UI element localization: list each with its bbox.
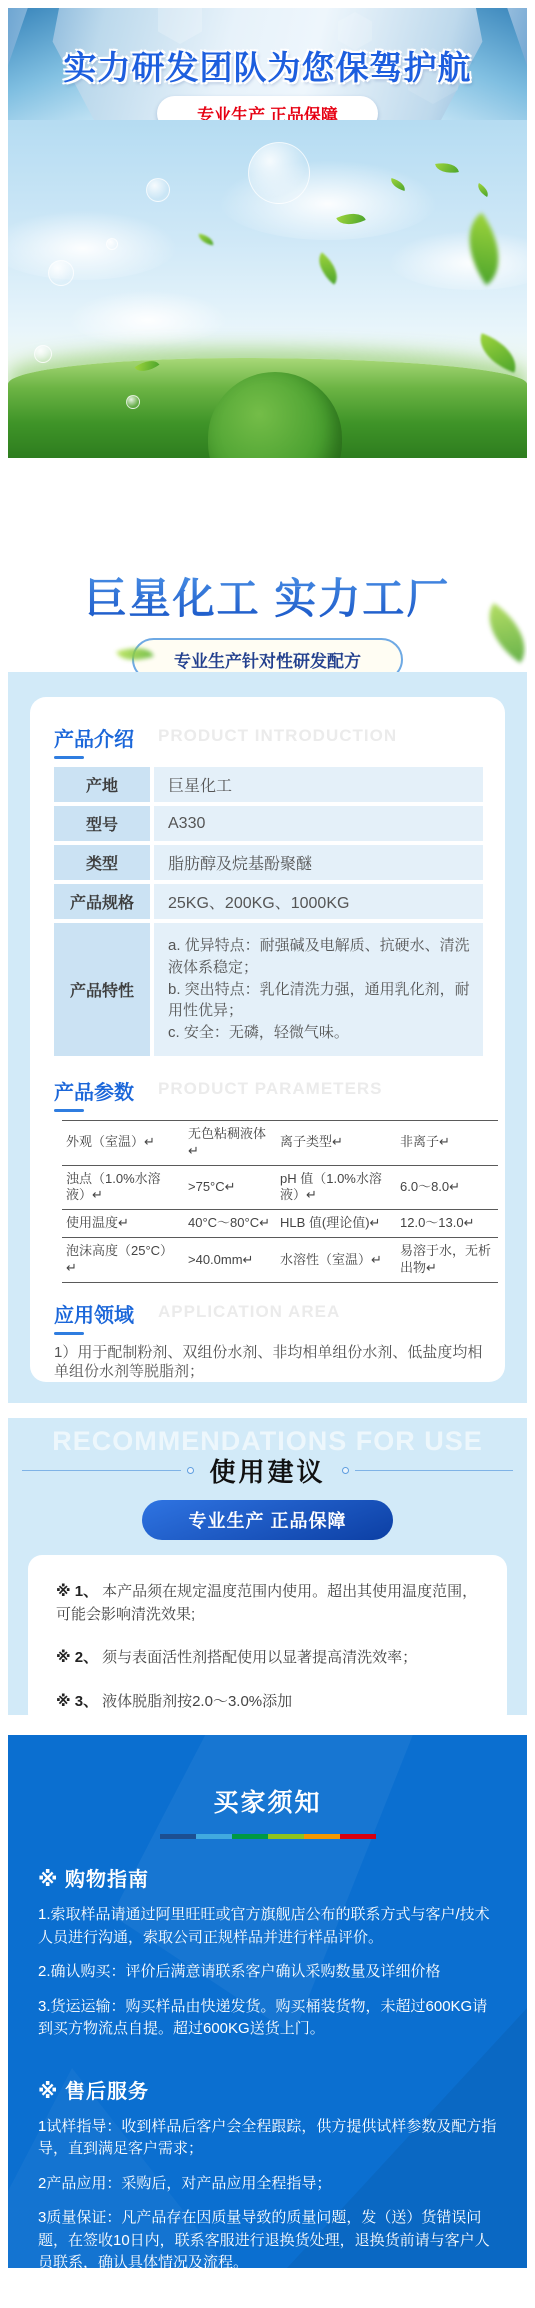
leaf-decor [311,252,345,284]
leaf-decor [435,160,459,176]
section-divider [8,1403,527,1418]
divider-circle [187,1467,194,1474]
params-cell: 40°C～80°C↵ [184,1210,276,1238]
params-cell: 6.0～8.0↵ [396,1165,498,1210]
intro-value: 25KG、200KG、1000KG [154,884,483,919]
params-row: 浊点（1.0%水溶液）↵ >75°C↵ pH 值（1.0%水溶液）↵ 6.0～8… [62,1165,498,1210]
application-heading-watermark: APPLICATION AREA [158,1302,340,1322]
usage-item-marker: ※ 3、 [56,1693,98,1710]
intro-row: 型号 A330 [54,806,483,841]
intro-label: 类型 [54,845,150,880]
intro-row: 产品规格 25KG、200KG、1000KG [54,884,483,919]
factory-badge: 专业生产针对性研发配方 [132,638,403,672]
section-divider [8,1715,527,1735]
intro-label: 产地 [54,767,150,802]
params-cell: >75°C↵ [184,1165,276,1210]
intro-row: 类型 脂肪醇及烷基酚聚醚 [54,845,483,880]
product-info-band: 产品介绍 PRODUCT INTRODUCTION 产地 巨星化工 型号 A33… [8,672,527,1403]
usage-item-marker: ※ 2、 [56,1649,98,1666]
intro-value: A330 [154,806,483,841]
color-bar-segment [160,1834,196,1839]
after-sales-item: 2产品应用：采购后，对产品应用全程指导； [38,2173,497,2196]
params-cell: 水溶性（室温）↵ [276,1238,396,1283]
shopping-guide-item: 3.货运运输：购买样品由快递发货。购买桶装货物，未超过600KG请到买方物流点自… [38,1996,497,2041]
intro-label: 产品规格 [54,884,150,919]
after-sales-item: 3质量保证：凡产品存在因质量导致的质量问题，发（送）货错误问题，在签收10日内，… [38,2207,497,2268]
color-bar-segment [196,1834,232,1839]
params-cell: 外观（室温）↵ [62,1120,184,1165]
params-cell: 易溶于水，无析出物↵ [396,1238,498,1283]
usage-card: ※ 1、本产品须在规定温度范围内使用。超出其使用温度范围，可能会影响清洗效果; … [28,1555,507,1715]
params-heading-watermark: PRODUCT PARAMETERS [158,1079,383,1099]
application-heading-cn: 应用领域 [54,1305,134,1327]
color-bar-segment [268,1834,304,1839]
product-info-card: 产品介绍 PRODUCT INTRODUCTION 产地 巨星化工 型号 A33… [30,697,505,1382]
factory-title: 巨星化工 实力工厂 [85,566,451,626]
intro-heading: 产品介绍 PRODUCT INTRODUCTION [54,723,483,753]
intro-row-features: 产品特性 a. 优异特点：耐强碱及电解质、抗硬水、清洗液体系稳定； b. 突出特… [54,923,483,1056]
params-cell: 浊点（1.0%水溶液）↵ [62,1165,184,1210]
factory-title-section: 巨星化工 实力工厂 专业生产针对性研发配方 [8,458,527,672]
application-heading: 应用领域 APPLICATION AREA [54,1299,483,1329]
application-paragraph: 1）用于配制粉剂、双组份水剂、非均相单组份水剂、低盐度均相单组份水剂等脱脂剂； [54,1343,483,1381]
cloud-decor [388,230,527,290]
intro-heading-cn: 产品介绍 [54,729,134,751]
intro-row: 产地 巨星化工 [54,767,483,802]
bubble-decor [106,238,118,250]
params-cell: pH 值（1.0%水溶液）↵ [276,1165,396,1210]
intro-label: 型号 [54,806,150,841]
bubble-decor [34,345,52,363]
params-row: 使用温度↵ 40°C～80°C↵ HLB 值(理论值)↵ 12.0～13.0↵ [62,1210,498,1238]
intro-value: 脂肪醇及烷基酚聚醚 [154,845,483,880]
params-cell: 无色粘稠液体↵ [184,1120,276,1165]
params-cell: >40.0mm↵ [184,1238,276,1283]
params-row: 外观（室温）↵ 无色粘稠液体↵ 离子类型↵ 非离子↵ [62,1120,498,1165]
footer-space [8,2268,527,2308]
top-banner: 实力研发团队为您保驾护航 专业生产 正品保障 [8,8,527,120]
buyer-title: 买家须知 [38,1783,497,1819]
usage-item: ※ 2、须与表面活性剂搭配使用以显著提高清洗效率； [56,1647,479,1670]
shopping-guide-item: 2.确认购买：评价后满意请联系客户确认采购数量及详细价格 [38,1961,497,1984]
usage-title: 使用建议 [210,1452,326,1489]
params-cell: 离子类型↵ [276,1120,396,1165]
application-text: 1）用于配制粉剂、双组份水剂、非均相单组份水剂、低盐度均相单组份水剂等脱脂剂； … [54,1343,483,1382]
divider-line [22,1470,181,1471]
buyer-notice-section: 买家须知 ※ 购物指南 1.索取样品请通过阿里旺旺或官方旗舰店公布的联系方式与客… [8,1735,527,2268]
params-cell: 非离子↵ [396,1120,498,1165]
after-sales-item: 1试样指导：收到样品后客户会全程跟踪，供方提供试样参数及配方指导，直到满足客户需… [38,2116,497,2161]
usage-title-row: 使用建议 [22,1452,513,1489]
params-cell: 泡沫高度（25°C）↵ [62,1238,184,1283]
color-bar [160,1834,376,1839]
params-row: 泡沫高度（25°C）↵ >40.0mm↵ 水溶性（室温）↵ 易溶于水，无析出物↵ [62,1238,498,1283]
params-table: 外观（室温）↵ 无色粘稠液体↵ 离子类型↵ 非离子↵ 浊点（1.0%水溶液）↵ … [62,1120,498,1283]
bubble-decor [48,260,74,286]
intro-table: 产地 巨星化工 型号 A330 类型 脂肪醇及烷基酚聚醚 产品规格 25KG、2… [54,767,483,1056]
color-bar-segment [232,1834,268,1839]
divider-line [355,1470,514,1471]
color-bar-segment [340,1834,376,1839]
intro-heading-watermark: PRODUCT INTRODUCTION [158,726,397,746]
usage-item: ※ 1、本产品须在规定温度范围内使用。超出其使用温度范围，可能会影响清洗效果; [56,1581,479,1626]
usage-item-text: 须与表面活性剂搭配使用以显著提高清洗效率； [102,1649,417,1666]
cloud-decor [8,210,178,280]
params-cell: 使用温度↵ [62,1210,184,1238]
intro-value: a. 优异特点：耐强碱及电解质、抗硬水、清洗液体系稳定； b. 突出特点：乳化清… [154,923,483,1056]
usage-badge: 专业生产 正品保障 [142,1500,392,1540]
leaf-decor [473,333,523,372]
usage-item-text: 液体脱脂剂按2.0～3.0%添加 [102,1693,292,1710]
leaf-decor [475,183,491,197]
divider-circle [342,1467,349,1474]
usage-item-marker: ※ 1、 [56,1583,98,1600]
usage-item: ※ 3、液体脱脂剂按2.0～3.0%添加 [56,1691,479,1714]
bubble-decor [146,178,170,202]
params-cell: HLB 值(理论值)↵ [276,1210,396,1238]
bubble-decor [126,395,140,409]
usage-item-text: 本产品须在规定温度范围内使用。超出其使用温度范围，可能会影响清洗效果; [56,1583,477,1623]
params-heading: 产品参数 PRODUCT PARAMETERS [54,1076,483,1106]
hero-image [8,120,527,458]
shopping-guide-heading: ※ 购物指南 [38,1863,497,1892]
color-bar-segment [304,1834,340,1839]
intro-value: 巨星化工 [154,767,483,802]
banner-title: 实力研发团队为您保驾护航 [8,42,527,89]
bubble-decor [248,142,310,204]
banner-badge: 专业生产 正品保障 [157,96,378,120]
shopping-guide-item: 1.索取样品请通过阿里旺旺或官方旗舰店公布的联系方式与客户/技术人员进行沟通，索… [38,1904,497,1949]
params-heading-cn: 产品参数 [54,1082,134,1104]
hexagon-decor [158,8,202,44]
after-sales-heading: ※ 售后服务 [38,2075,497,2104]
usage-section: RECOMMENDATIONS FOR USE 使用建议 专业生产 正品保障 ※… [8,1418,527,1715]
leaf-decor [197,234,214,246]
product-detail-page: 实力研发团队为您保驾护航 专业生产 正品保障 巨星化工 实力工厂 [0,0,535,2308]
params-cell: 12.0～13.0↵ [396,1210,498,1238]
cloud-decor [68,290,228,345]
intro-label: 产品特性 [54,923,150,1056]
